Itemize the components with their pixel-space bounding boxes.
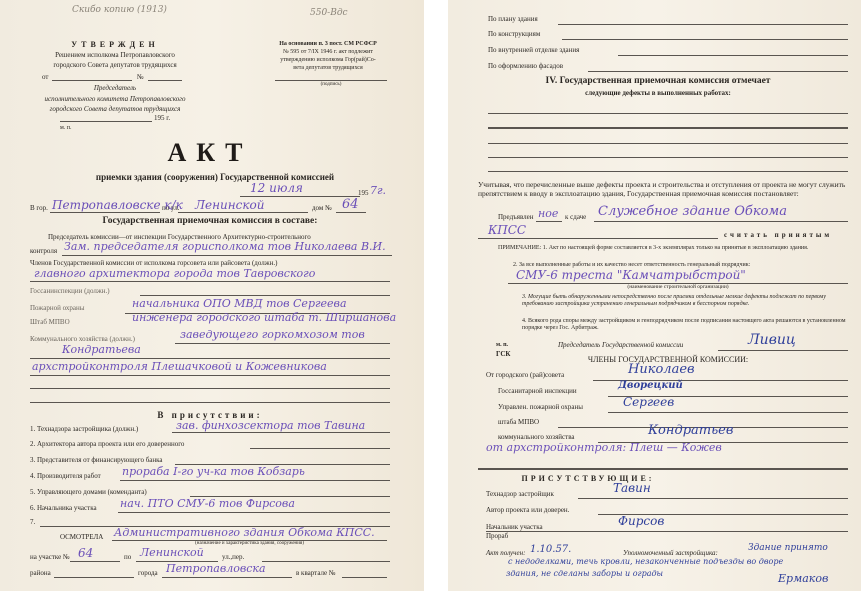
plan-label: По оформлению фасадов xyxy=(488,62,563,70)
note-1: ПРИМЕЧАНИЕ: 1. Акт по настоящей форме со… xyxy=(498,245,848,252)
pencil-note: Скибо копию (1913) xyxy=(72,5,167,15)
basis-note-line: № 595 от 7/IX 1946 г. акт подлежит xyxy=(268,49,388,55)
date-handwritten: 12 июля xyxy=(250,181,303,195)
street-label: по ул. xyxy=(162,204,179,212)
contractor-value: СМУ-6 треста "Камчатрыбстрой" xyxy=(516,268,746,282)
chair-title: Председатель xyxy=(20,84,210,92)
presence-label: 3. Представителя от финансирующего банка xyxy=(30,456,163,464)
member-value: заведующего горкомхозом тов xyxy=(180,328,365,341)
basis-note-line: утверждению исполкома Гор(рай)Со- xyxy=(268,57,388,63)
member-signature: Сергеев xyxy=(623,395,674,409)
plot-street-value: Ленинской xyxy=(140,546,204,559)
present-label: Технадзор застройщик xyxy=(486,490,554,498)
member-sign-label: Госсанитарной инспекции xyxy=(498,387,577,395)
present-label: Прораб xyxy=(486,532,508,540)
act-subtitle: приемки здания (сооружения) Государствен… xyxy=(50,172,380,182)
chairman-signature: Ливиц xyxy=(748,332,796,348)
approved-line: Решением исполкома Петропавловского xyxy=(20,51,210,59)
member-sign-label: штаба МПВО xyxy=(498,418,539,426)
present-label: Начальник участка xyxy=(486,523,543,531)
member-label: Коммунального хозяйства (должн.) xyxy=(30,335,135,343)
presented-value: КПСС xyxy=(488,223,526,237)
basis-note-line: На основании п. 3 пост. СМ РСФСР xyxy=(268,41,388,47)
inspected-value: Административного здания Обкома КПСС. xyxy=(114,526,375,539)
member-label: Пожарной охраны xyxy=(30,304,84,312)
left-page: Скибо копию (1913) 550-Вдс УТВЕРЖДЕН Реш… xyxy=(0,0,424,591)
presented-value: Служебное здание Обкома xyxy=(598,204,787,219)
basis-note-line: вета депутатов трудящихся xyxy=(268,65,388,71)
presence-label: 5. Управляющего домами (коменданта) xyxy=(30,488,147,496)
plot-street-label: по xyxy=(124,553,131,561)
note-4: 4. Всякого рода споры между застройщиком… xyxy=(522,318,848,332)
member-label: Штаб МПВО xyxy=(30,318,70,326)
resolution-text: Учитывая, что перечисленные выше дефекты… xyxy=(478,180,846,198)
commission-heading: Государственная приемочная комиссия в со… xyxy=(30,216,390,226)
plan-label: По конструкциям xyxy=(488,30,540,38)
authorized-note: с недоделками, течь кровли, незаконченны… xyxy=(508,557,783,566)
pencil-note: 550-Вдс xyxy=(310,8,348,18)
presented-label: Предъявлен xyxy=(498,213,534,221)
authorized-signature: Ермаков xyxy=(778,572,828,585)
city-label: В гор. xyxy=(30,204,48,212)
seal-label: м. п. xyxy=(496,342,508,348)
chairman-signature-label: Председатель Государственной комиссии xyxy=(558,341,683,349)
archcontrol-line: от архстройконтроля: Плеш — Кожев xyxy=(486,441,722,454)
approved-line: городского Совета депутатов трудящихся xyxy=(20,61,210,69)
member-signature: Кондратьев xyxy=(648,423,733,438)
presence-value: нач. ПТО СМУ-6 тов Фирсова xyxy=(120,497,295,510)
act-title: АКТ xyxy=(100,138,320,168)
plan-label: По плану здания xyxy=(488,15,538,23)
number-label: № xyxy=(137,73,144,81)
from-label: от xyxy=(42,73,48,81)
year-handwritten: 7г. xyxy=(370,184,386,197)
presented-suffix: ное xyxy=(538,207,558,220)
street-value: Ленинской xyxy=(195,198,265,212)
chairman-label: контроля xyxy=(30,247,57,255)
contractor-caption: (наименование строительной организации) xyxy=(508,284,848,290)
members-label: Членов Государственной комиссии от испол… xyxy=(30,259,277,267)
right-page: По плану здания По конструкциям По внутр… xyxy=(448,0,861,591)
plot-city-value: Петропавловска xyxy=(166,562,266,575)
section4-subheading: следующие дефекты в выполненных работах: xyxy=(478,89,838,97)
member-continuation: архстройконтроля Плешачковой и Кожевнико… xyxy=(32,360,327,373)
handover-label: к сдаче xyxy=(565,213,586,221)
presence-label: 2. Архитектора автора проекта или его до… xyxy=(30,440,184,448)
section4-heading: IV. Государственная приемочная комиссия … xyxy=(478,76,838,86)
presence-label: 7. xyxy=(30,518,35,526)
presence-label: 6. Начальника участка xyxy=(30,504,97,512)
note-3: 3. Могущие быть обнаруженными непосредст… xyxy=(522,294,848,308)
signature-caption: (подпись) xyxy=(275,82,387,87)
present-signature: Тавин xyxy=(613,481,651,495)
plot-value: 64 xyxy=(78,546,93,560)
plan-label: По внутренней отделке здания xyxy=(488,46,579,54)
presence-value: прораба I-го уч-ка тов Кобзарь xyxy=(122,465,305,478)
seal-label: м. п. xyxy=(60,125,72,131)
member-sign-label: коммунального хозяйства xyxy=(498,433,575,441)
approved-title: УТВЕРЖДЕН xyxy=(40,40,190,49)
presence-label: 4. Производителя работ xyxy=(30,472,101,480)
member-value: начальника ОПО МВД тов Сергеева xyxy=(132,297,347,310)
house-value: 64 xyxy=(342,197,359,212)
inspected-label: ОСМОТРЕЛА xyxy=(60,533,103,541)
member-value: инженера городского штаба т. Ширшанова xyxy=(132,311,396,324)
member-sign-label: Управлен. пожарной охраны xyxy=(498,403,583,411)
authorized-label: Уполномоченный застройщика: xyxy=(623,549,718,557)
chair-line: городского Совета депутатов трудящихся xyxy=(10,105,220,113)
plot-label: на участке № xyxy=(30,553,70,561)
accepted-label: считать принятым xyxy=(724,231,832,239)
chairman-value: Зам. председателя горисполкома тов Никол… xyxy=(64,240,386,253)
member-continuation: Кондратьева xyxy=(62,343,141,356)
present-signature: Фирсов xyxy=(618,514,664,528)
member-signature: Николаев xyxy=(628,362,695,377)
member-signature: Дворецкий xyxy=(618,380,683,391)
members-value: главного архитектора города тов Тавровск… xyxy=(34,267,315,280)
member-label: Госсанинспекции (должн.) xyxy=(30,287,110,295)
present-heading: ПРИСУТСТВУЮЩИЕ: xyxy=(488,474,688,483)
chair-line: исполнительного комитета Петропавловског… xyxy=(10,95,220,103)
plot-city-label: города xyxy=(138,569,158,577)
presence-value: зав. финхозсектора тов Тавина xyxy=(176,419,365,432)
district-label: района xyxy=(30,569,51,577)
authorized-note: Здание принято xyxy=(748,543,828,553)
received-date: 1.10.57. xyxy=(530,544,571,555)
plot-street-suffix: ул.,пер. xyxy=(222,553,244,561)
member-sign-label: От городского (рай)совета xyxy=(486,371,564,379)
house-label: дом № xyxy=(312,204,332,212)
received-label: Акт получен: xyxy=(486,549,525,557)
block-label: в квартале № xyxy=(296,569,336,577)
present-label: Автор проекта или доверен. xyxy=(486,506,569,514)
year-printed: 195 xyxy=(358,189,369,197)
presence-label: 1. Технадзора застройщика (должн.) xyxy=(30,425,138,433)
authorized-note: здания, не сделаны заборы и ограды xyxy=(506,569,663,578)
year-suffix: 195 г. xyxy=(154,114,170,122)
